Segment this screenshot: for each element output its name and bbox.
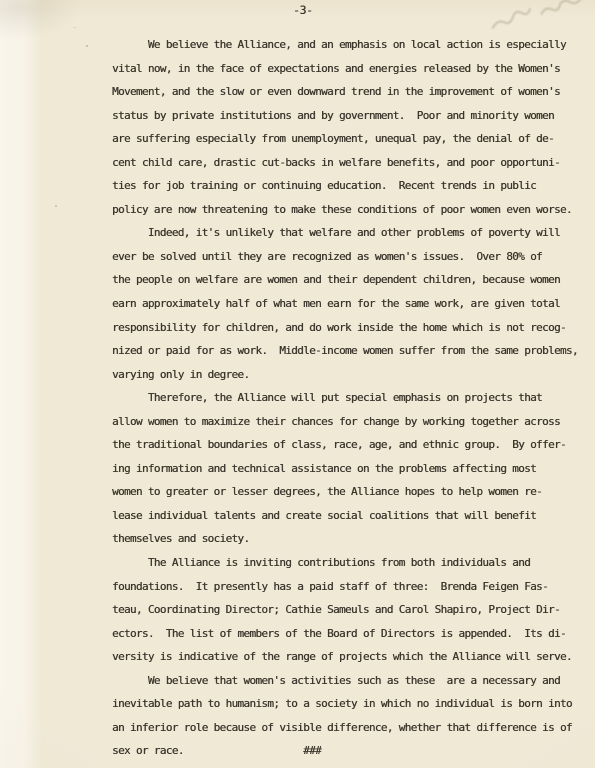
paper-speck <box>73 27 76 28</box>
typed-body-text: We believe the Alliance, and an emphasis… <box>112 33 578 763</box>
paper-speck <box>55 205 57 207</box>
page-number: -3- <box>293 3 313 17</box>
document-page: -3- We believe the Alliance, and an emph… <box>0 0 595 768</box>
paper-speck <box>86 45 88 47</box>
